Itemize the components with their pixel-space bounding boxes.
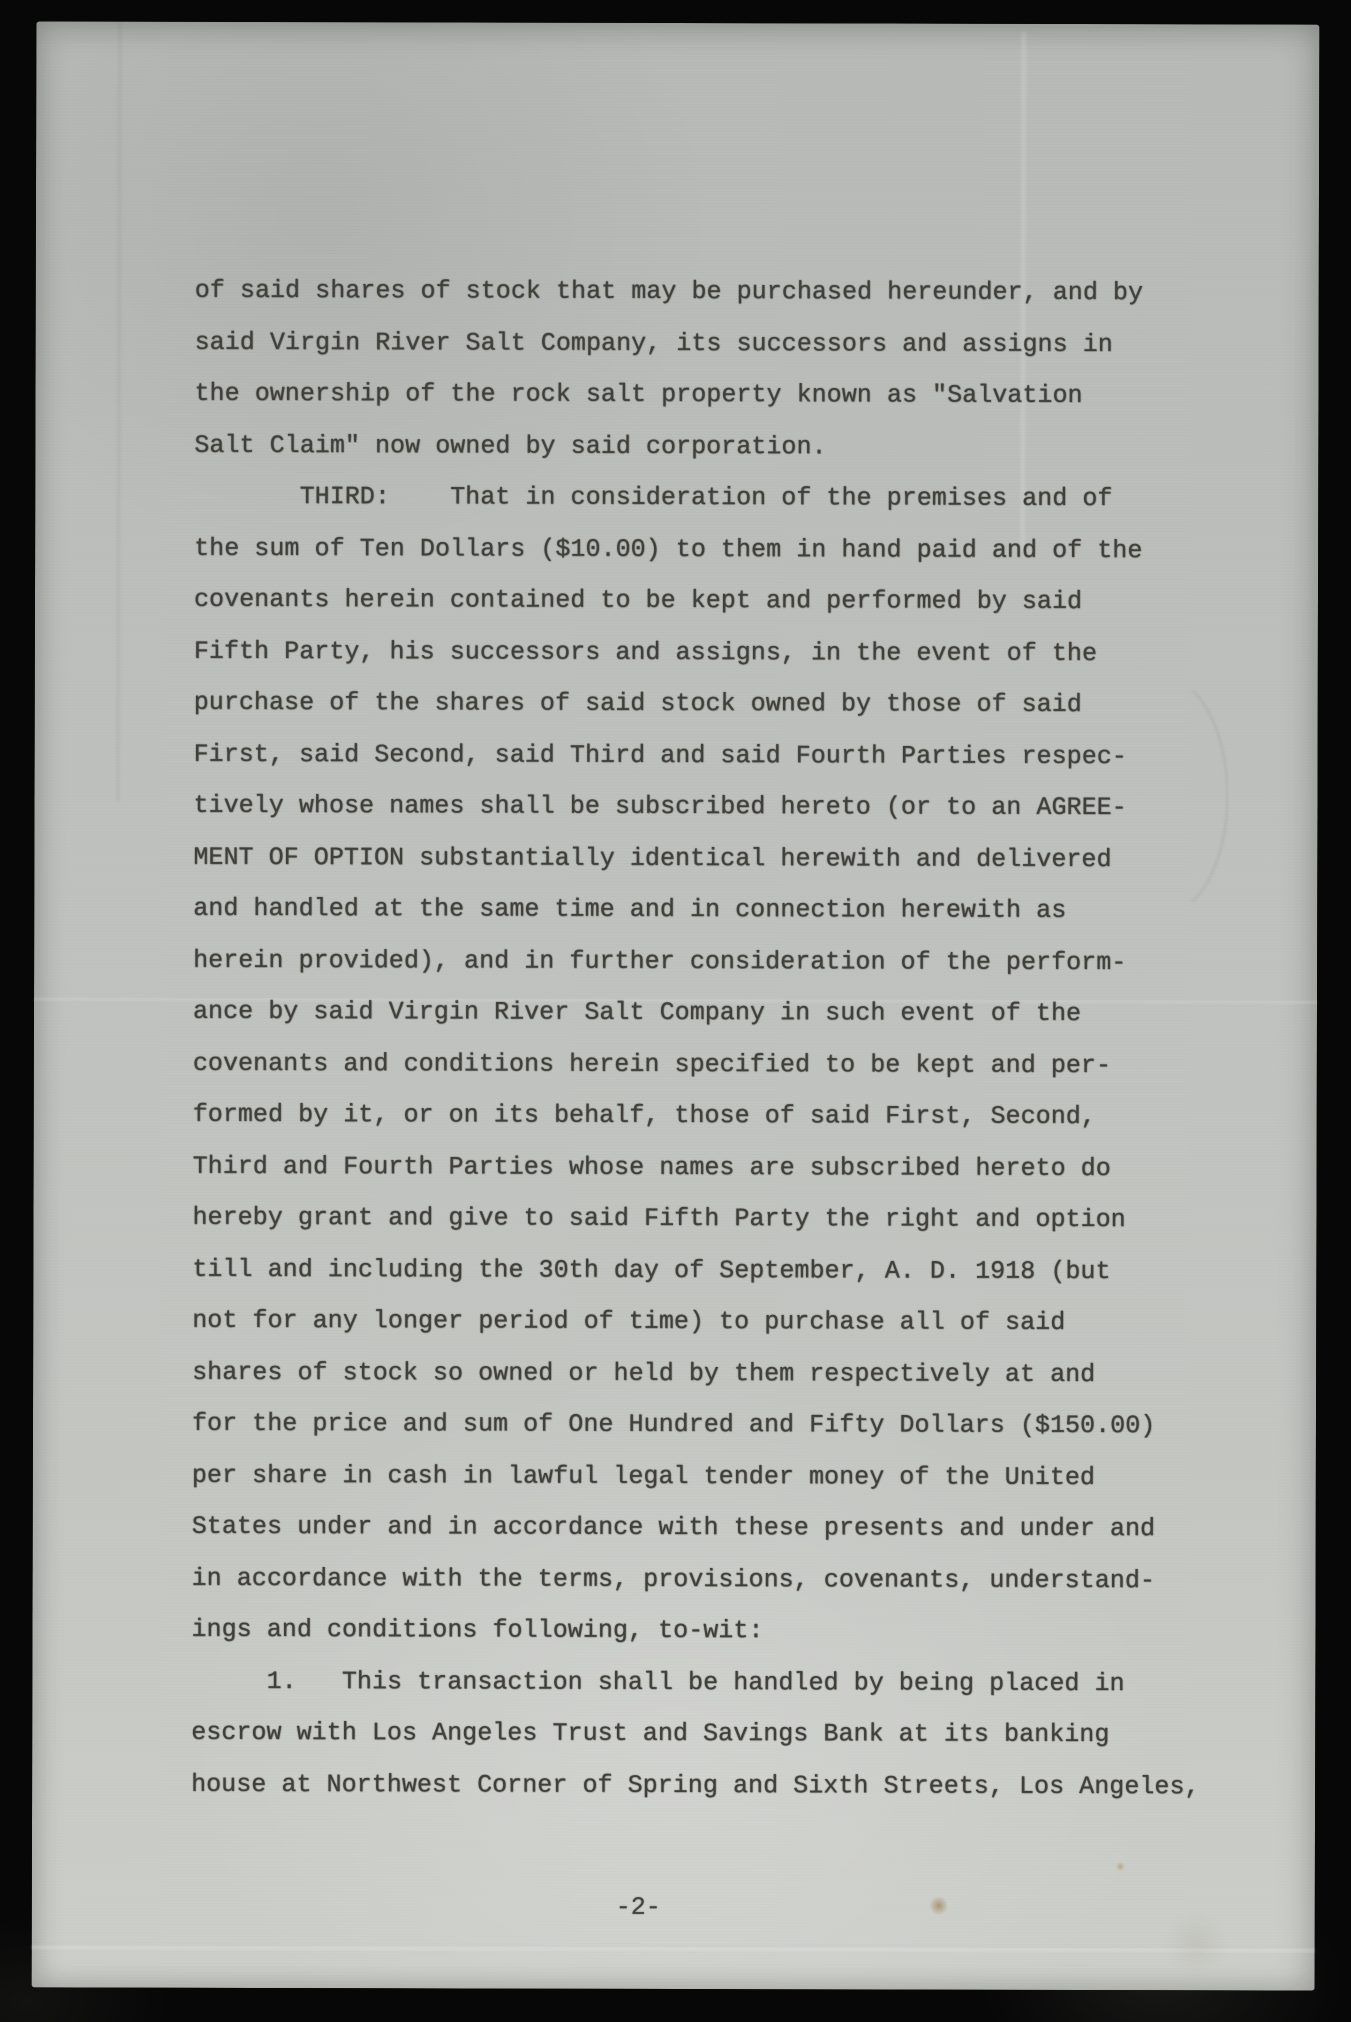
document-line: formed by it, or on its behalf, those of… [193, 1089, 1202, 1143]
document-page: of said shares of stock that may be purc… [32, 21, 1320, 1990]
document-line: in accordance with the terms, provisions… [192, 1552, 1201, 1606]
document-line: purchase of the shares of said stock own… [194, 677, 1203, 731]
document-line: ings and conditions following, to-wit: [191, 1604, 1200, 1658]
page-number: -2- [616, 1882, 776, 1934]
document-line: States under and in accordance with thes… [192, 1501, 1201, 1555]
document-line: Third and Fourth Parties whose names are… [193, 1140, 1202, 1194]
typewritten-body: of said shares of stock that may be purc… [191, 265, 1203, 1812]
stain-speck [1116, 1862, 1125, 1871]
document-line: hereby grant and give to said Fifth Part… [192, 1192, 1201, 1246]
bottom-fold-crease [32, 1943, 1315, 1953]
document-line: the ownership of the rock salt property … [194, 368, 1203, 422]
document-line: Fifth Party, his successors and assigns,… [194, 625, 1203, 679]
document-line: MENT OF OPTION substantially identical h… [193, 831, 1202, 885]
smudge-mark [1167, 1909, 1227, 1979]
document-line: First, said Second, said Third and said … [194, 728, 1203, 782]
document-line: not for any longer period of time) to pu… [192, 1295, 1201, 1349]
document-line: the sum of Ten Dollars ($10.00) to them … [194, 522, 1203, 576]
document-line: Salt Claim" now owned by said corporatio… [194, 419, 1203, 473]
document-line: covenants and conditions herein specifie… [193, 1037, 1202, 1091]
document-line: escrow with Los Angeles Trust and Saving… [191, 1707, 1200, 1761]
document-line: house at Northwest Corner of Spring and … [191, 1758, 1200, 1812]
document-line: of said shares of stock that may be purc… [195, 265, 1204, 319]
scan-background: of said shares of stock that may be purc… [0, 0, 1351, 2022]
document-line: ance by said Virgin River Salt Company i… [193, 986, 1202, 1040]
document-line: till and including the 30th day of Septe… [192, 1243, 1201, 1297]
stain-spot [930, 1896, 948, 1916]
document-line: herein provided), and in further conside… [193, 934, 1202, 988]
vertical-crease-left [116, 22, 121, 802]
document-line: shares of stock so owned or held by them… [192, 1346, 1201, 1400]
document-line: THIRD: That in consideration of the prem… [194, 471, 1203, 525]
document-line: said Virgin River Salt Company, its succ… [195, 316, 1204, 370]
document-line: and handled at the same time and in conn… [193, 883, 1202, 937]
document-line: covenants herein contained to be kept an… [194, 574, 1203, 628]
document-line: for the price and sum of One Hundred and… [192, 1398, 1201, 1452]
document-line: 1. This transaction shall be handled by … [191, 1655, 1200, 1709]
document-line: tively whose names shall be subscribed h… [193, 780, 1202, 834]
document-line: per share in cash in lawful legal tender… [192, 1449, 1201, 1503]
